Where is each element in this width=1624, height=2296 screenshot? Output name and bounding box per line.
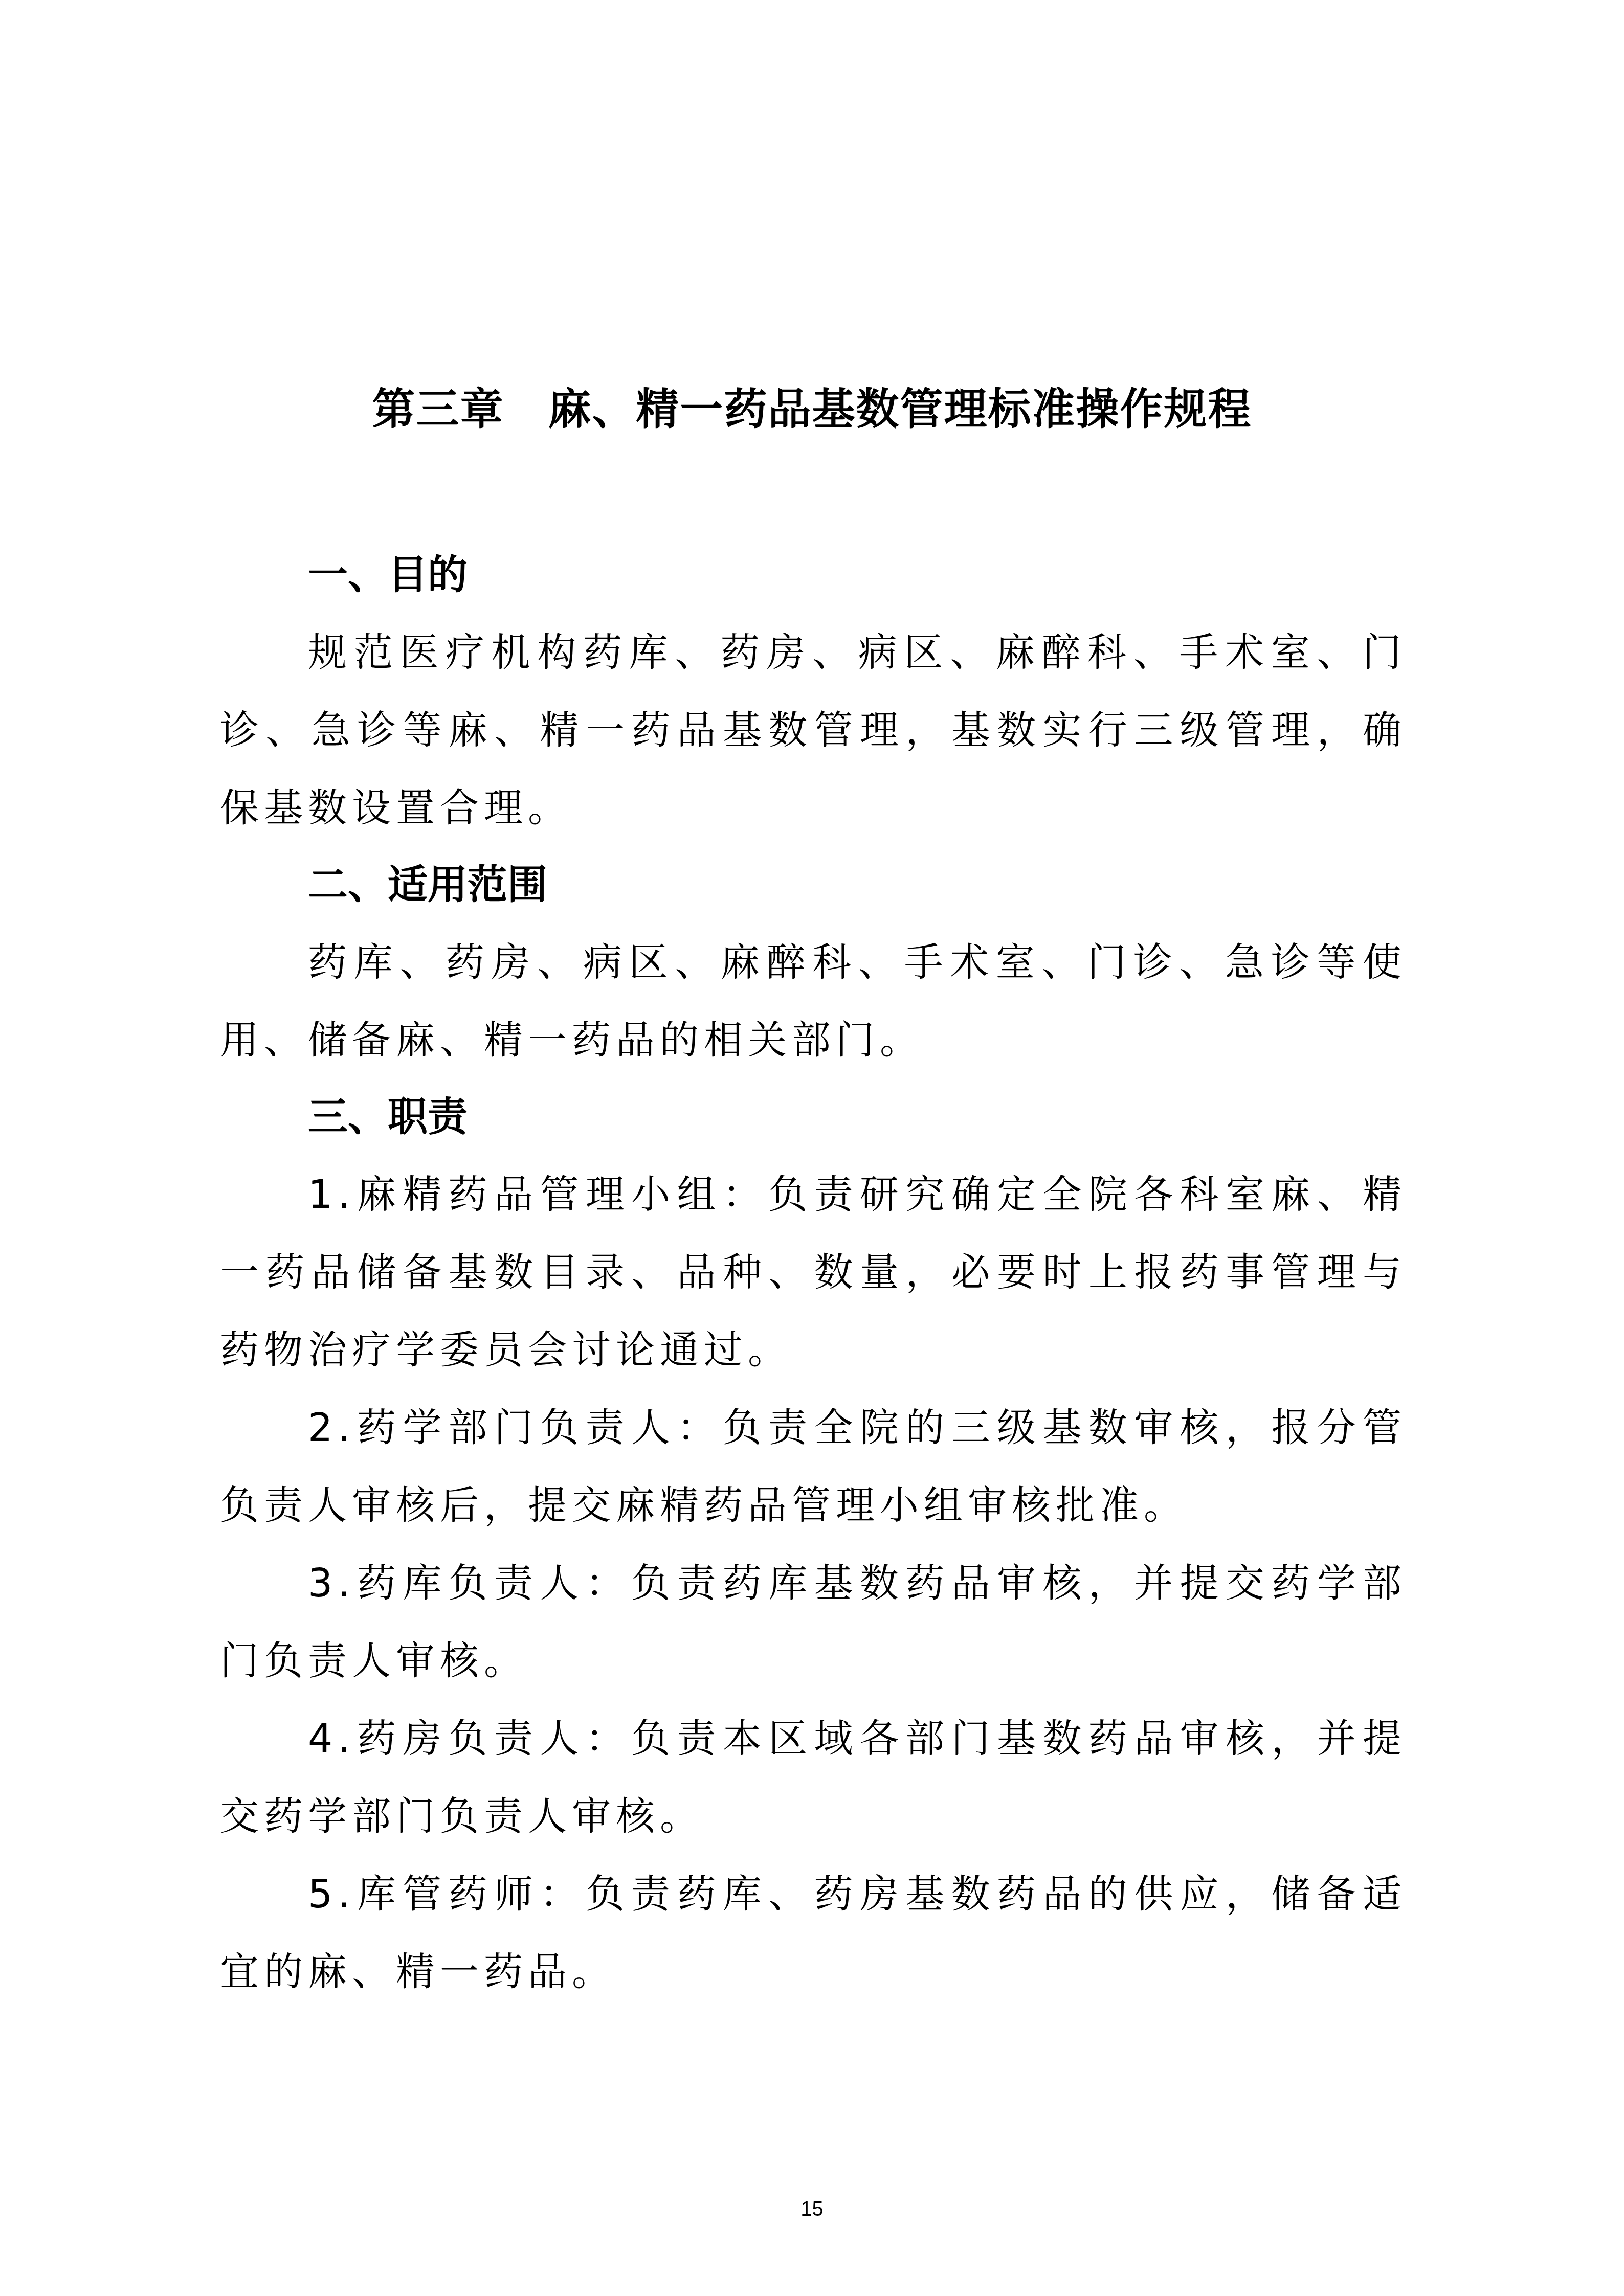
page-number: 15 — [0, 2196, 1624, 2222]
responsibility-item: 5.库管药师：负责药库、药房基数药品的供应，储备适宜的麻、精一药品。 — [220, 1855, 1407, 2011]
section-heading: 一、目的 — [220, 537, 1407, 614]
section-heading: 三、职责 — [220, 1079, 1407, 1156]
responsibility-item: 1.麻精药品管理小组：负责研究确定全院各科室麻、精一药品储备基数目录、品种、数量… — [220, 1156, 1407, 1389]
section-heading: 二、适用范围 — [220, 847, 1407, 924]
responsibility-item: 2.药学部门负责人：负责全院的三级基数审核，报分管负责人审核后，提交麻精药品管理… — [220, 1389, 1407, 1544]
section-responsibilities: 三、职责 1.麻精药品管理小组：负责研究确定全院各科室麻、精一药品储备基数目录、… — [220, 1079, 1407, 2011]
responsibility-item: 3.药库负责人：负责药库基数药品审核，并提交药学部门负责人审核。 — [220, 1544, 1407, 1700]
responsibility-item: 4.药房负责人：负责本区域各部门基数药品审核，并提交药学部门负责人审核。 — [220, 1700, 1407, 1855]
section-scope: 二、适用范围 药库、药房、病区、麻醉科、手术室、门诊、急诊等使用、储备麻、精一药… — [220, 847, 1407, 1079]
paragraph: 药库、药房、病区、麻醉科、手术室、门诊、急诊等使用、储备麻、精一药品的相关部门。 — [220, 924, 1407, 1079]
document-page: 第三章 麻、精一药品基数管理标准操作规程 一、目的 规范医疗机构药库、药房、病区… — [0, 0, 1624, 2296]
section-purpose: 一、目的 规范医疗机构药库、药房、病区、麻醉科、手术室、门诊、急诊等麻、精一药品… — [220, 537, 1407, 847]
document-body: 一、目的 规范医疗机构药库、药房、病区、麻醉科、手术室、门诊、急诊等麻、精一药品… — [220, 537, 1407, 2011]
chapter-title: 第三章 麻、精一药品基数管理标准操作规程 — [0, 381, 1624, 437]
paragraph: 规范医疗机构药库、药房、病区、麻醉科、手术室、门诊、急诊等麻、精一药品基数管理，… — [220, 614, 1407, 847]
